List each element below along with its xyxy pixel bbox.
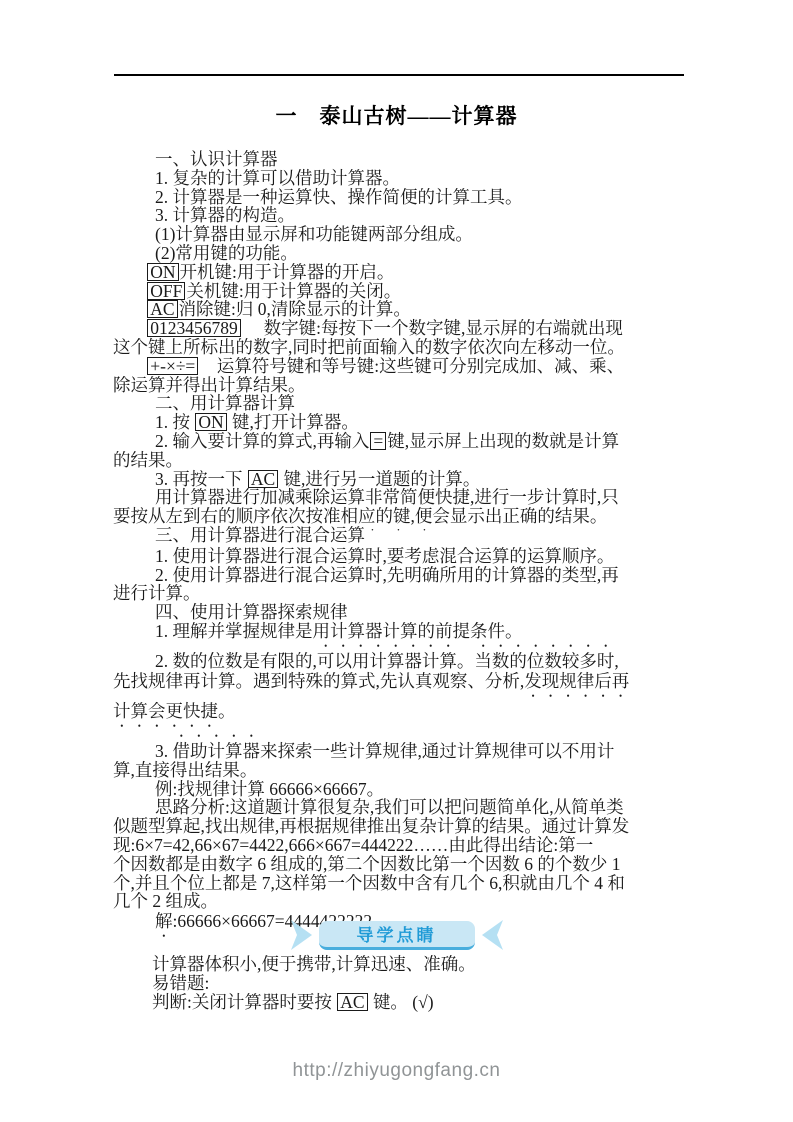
key-box: ON [147, 263, 178, 281]
text-segment: 例:找规律计算 66666×66667。 [155, 779, 384, 799]
doc-line: 现:6×7=42,66×67=4422,666×667=444222……由此得出… [113, 836, 685, 855]
text-segment: 2. 使用计算器进行混合运算时,先明确所用的计算器的类型,再 [155, 565, 619, 585]
text-segment: 3. [155, 741, 173, 761]
text-segment: 发现规律后再 [524, 671, 629, 691]
doc-line: 四、使用计算器探索规律 [113, 603, 685, 622]
doc-line: 判断:关闭计算器时要按 AC 键。 (√) [152, 993, 724, 1012]
text-segment: 1. 按 [155, 412, 194, 432]
text-segment: , [614, 651, 618, 671]
doc-line: 算,直接得出结果。 [113, 761, 685, 780]
doc-line: 二、用计算器计算 [113, 394, 685, 413]
text-segment: 先找规律再计算。遇到特殊的算式,先认真观察、分析, [113, 671, 524, 691]
doc-line: 易错题: [152, 974, 724, 993]
text-segment: (2)常用键的功能。 [155, 243, 298, 263]
doc-line: 一、认识计算器 [113, 150, 685, 169]
text-segment: 1. 使用计算器进行混合运算时,要考虑混合运算的运算顺序。 [155, 546, 614, 566]
doc-line: OFF关机键:用于计算器的关闭。 [113, 282, 685, 301]
text-segment: 个因数都是由数字 6 组成的,第二个因数比第一个因数 6 的个数少 1 [113, 854, 621, 874]
doc-line: 计算会更快捷。 [113, 701, 685, 731]
doc-line: 个,并且个位上都是 7,这样第一个因数中含有几个 6,积就由几个 4 和 [113, 874, 685, 893]
key-box: +-×÷= [147, 357, 198, 375]
banner-label: 导学点睛 [357, 921, 437, 946]
text-segment: 一、认识计算器 [155, 149, 278, 169]
text-segment: 二、用计算器计算 [155, 393, 295, 413]
doc-line: 三、用计算器进行混合运算· · · [113, 526, 685, 547]
text-segment: 易错题: [152, 973, 209, 993]
doc-line: 的结果。 [113, 451, 685, 470]
text-segment: 四、使用计算器探索规律 [155, 602, 348, 622]
text-segment: 1. 复杂的计算可以借助计算器。 [155, 168, 400, 188]
text-segment: 似题型算起,找出规律,再根据规律推出复杂计算的结果。通过计算发 [113, 816, 629, 836]
text-segment: 来探索一些计算规律,通过计算规律可以不用计 [260, 741, 614, 761]
text-segment: 开机键:用于计算器的开启。 [180, 262, 395, 282]
text-segment: 进行计算。 [113, 583, 201, 603]
text-segment: 借助计算器 [173, 741, 261, 761]
text-segment: 判断:关闭计算器时要按 [152, 992, 336, 1012]
doc-line: 1. 复杂的计算可以借助计算器。 [113, 169, 685, 188]
key-box: AC [147, 300, 177, 318]
chevron-left-icon [482, 920, 503, 950]
text-segment: 思路分析:这道题计算很复杂,我们可以把问题简单化,从简单类 [155, 797, 624, 817]
text-segment: 消除键:归 0,清除显示的计算。 [179, 299, 411, 319]
key-box: 0123456789 [147, 319, 241, 337]
text-segment: 键,打开计算器。 [228, 412, 359, 432]
text-segment: 除运算并得出计算结果。 [113, 375, 306, 395]
text-segment: 运算符号键和等号键:这些键可分别完成加、减、乘、 [199, 356, 624, 376]
text-segment: 用计算器进行加减乘除运算非常简便快捷,进行一步计算时,只 [155, 487, 619, 507]
text-segment: · · · [370, 522, 436, 537]
text-segment: 计算会更快捷。 [113, 701, 236, 721]
text-segment: 3. 计算器的构造。 [155, 205, 295, 225]
text-segment: 要按从左到右的顺序依次按准相应的键,便会显示出正确的结果。 [113, 506, 607, 526]
doc-line: 2. 输入要计算的算式,再输入=键,显示屏上出现的数就是计算 [113, 432, 685, 451]
doc-line: 2. 使用计算器进行混合运算时,先明确所用的计算器的类型,再 [113, 566, 685, 585]
key-box: OFF [147, 282, 185, 300]
doc-line: 0123456789 数字键:每按下一个数字键,显示屏的右端就出现 [113, 319, 685, 338]
doc-line: ON开机键:用于计算器的开启。 [113, 263, 685, 282]
doc-line: +-×÷= 运算符号键和等号键:这些键可分别完成加、减、乘、 [113, 357, 685, 376]
text-segment: 计算器体积小,便于携带,计算迅速、准确。 [152, 954, 476, 974]
text-segment: 1. 理解并掌握规律是用计算器计算的前提条件。 [155, 621, 523, 641]
footer-url: http://zhiyugongfang.cn [0, 1060, 793, 1082]
document-body: 一、认识计算器1. 复杂的计算可以借助计算器。2. 计算器是一种运算快、操作简便… [113, 150, 685, 941]
top-rule [114, 74, 684, 76]
doc-line: 几个 2 组成。 [113, 892, 685, 911]
text-segment: 关机键:用于计算器的关闭。 [186, 281, 401, 301]
doc-line: 进行计算。 [113, 584, 685, 603]
doc-line: 1. 使用计算器进行混合运算时,要考虑混合运算的运算顺序。 [113, 547, 685, 566]
doc-line: 3. 计算器的构造。 [113, 206, 685, 225]
text-segment: (1)计算器由显示屏和功能键两部分组成。 [155, 224, 473, 244]
doc-line: 似题型算起,找出规律,再根据规律推出复杂计算的结果。通过计算发 [113, 817, 685, 836]
text-segment: 2. 输入要计算的算式,再输入 [155, 431, 369, 451]
guide-banner: 导学点睛 [0, 920, 793, 950]
doc-line: AC消除键:归 0,清除显示的计算。 [113, 300, 685, 319]
text-segment: 几个 2 组成。 [113, 891, 218, 911]
page-title: 一 泰山古树——计算器 [0, 100, 793, 130]
doc-line: 除运算并得出计算结果。 [113, 376, 685, 395]
chevron-right-icon [291, 920, 312, 950]
document-page: 一 泰山古树——计算器 一、认识计算器1. 复杂的计算可以借助计算器。2. 计算… [0, 0, 793, 1122]
key-box: AC [248, 470, 278, 488]
doc-line: 1. 按 ON 键,打开计算器。 [113, 413, 685, 432]
text-segment: 三、用计算器进行混合运算 [155, 525, 365, 545]
text-segment: 3. 再按一下 [155, 469, 247, 489]
doc-line: 个因数都是由数字 6 组成的,第二个因数比第一个因数 6 的个数少 1 [113, 855, 685, 874]
text-segment: 数字键:每按下一个数字键,显示屏的右端就出现 [242, 318, 623, 338]
doc-line: 例:找规律计算 66666×66667。 [113, 780, 685, 799]
banner-pill: 导学点睛 [319, 921, 475, 950]
text-segment: 个,并且个位上都是 7,这样第一个因数中含有几个 6,积就由几个 4 和 [113, 873, 625, 893]
doc-line: 2. 数的位数是有限的,可以用计算器计算。当数的位数较多时, [113, 641, 685, 671]
key-box: = [370, 432, 386, 450]
doc-line: (2)常用键的功能。 [113, 244, 685, 263]
text-segment: 的结果。 [113, 450, 183, 470]
key-box: AC [337, 993, 367, 1011]
text-segment: 2. 数的位数是有限的, [155, 651, 317, 671]
doc-line: 3. 再按一下 AC 键,进行另一道题的计算。 [113, 470, 685, 489]
text-segment: 键。 (√) [369, 992, 434, 1012]
doc-line: 计算器体积小,便于携带,计算迅速、准确。 [152, 955, 724, 974]
text-segment: 键,进行另一道题的计算。 [279, 469, 480, 489]
doc-line: 1. 理解并掌握规律是用计算器计算的前提条件。 [113, 622, 685, 641]
text-segment: 这个键上所标出的数字,同时把前面输入的数字依次向左移动一位。 [113, 337, 625, 357]
text-segment: 键,显示屏上出现的数就是计算 [387, 431, 619, 451]
doc-line: 思路分析:这道题计算很复杂,我们可以把问题简单化,从简单类 [113, 798, 685, 817]
text-segment: 算,直接得出结果。 [113, 760, 257, 780]
doc-line: 3. 借助计算器来探索一些计算规律,通过计算规律可以不用计 [113, 731, 685, 761]
doc-line: (1)计算器由显示屏和功能键两部分组成。 [113, 225, 685, 244]
key-box: ON [195, 413, 226, 431]
doc-line: 先找规律再计算。遇到特殊的算式,先认真观察、分析,发现规律后再 [113, 671, 685, 701]
text-segment: 2. 计算器是一种运算快、操作简便的计算工具。 [155, 187, 523, 207]
doc-line: 2. 计算器是一种运算快、操作简便的计算工具。 [113, 188, 685, 207]
text-segment: 可以用计算器计算。当数的位数较多时 [317, 651, 615, 671]
doc-line: 这个键上所标出的数字,同时把前面输入的数字依次向左移动一位。 [113, 338, 685, 357]
tips-body: 计算器体积小,便于携带,计算迅速、准确。易错题:判断:关闭计算器时要按 AC 键… [152, 955, 724, 1011]
doc-line: 用计算器进行加减乘除运算非常简便快捷,进行一步计算时,只 [113, 488, 685, 507]
text-segment: 现:6×7=42,66×67=4422,666×667=444222……由此得出… [113, 835, 593, 855]
